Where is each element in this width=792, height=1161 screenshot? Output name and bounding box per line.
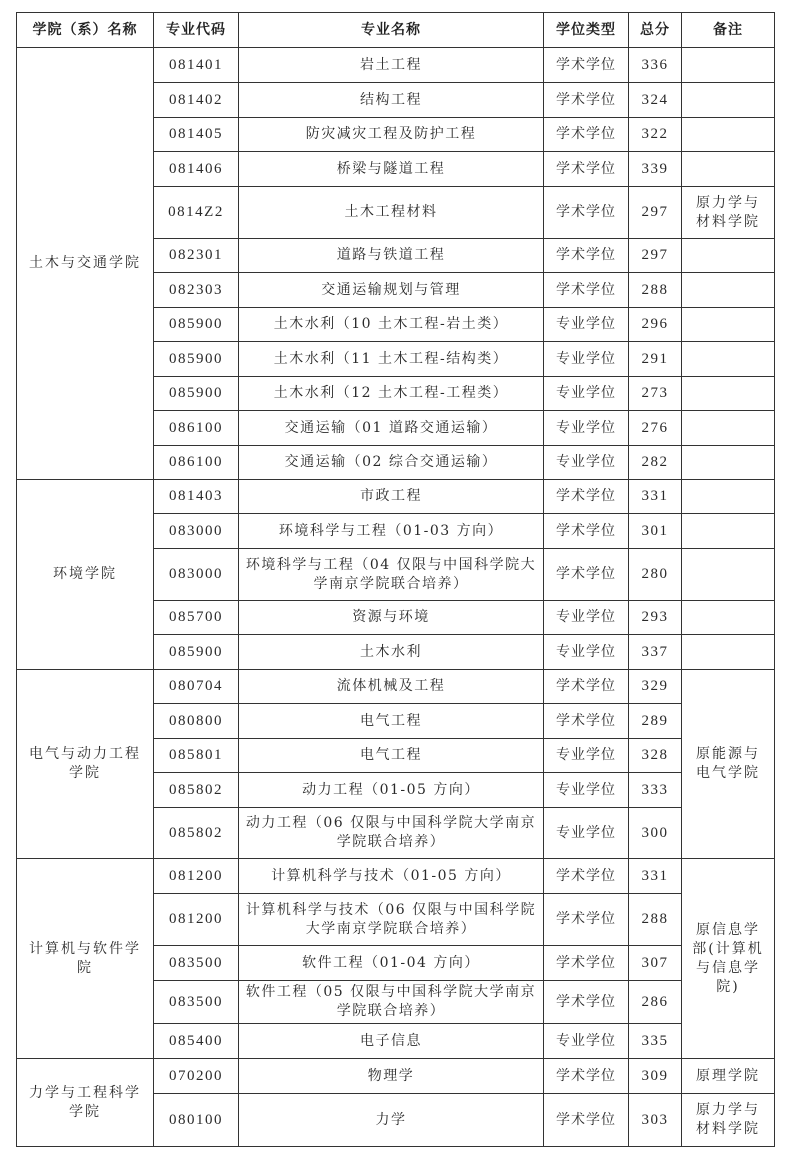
table-row: 力学与工程科学学院070200物理学学术学位309原理学院 (17, 1059, 775, 1094)
major-name-cell: 软件工程（05 仅限与中国科学院大学南京学院联合培养） (239, 981, 544, 1024)
note-cell (682, 601, 775, 635)
college-name-cell: 力学与工程科学学院 (17, 1059, 154, 1147)
note-cell (682, 118, 775, 152)
table-row: 环境学院081403市政工程学术学位331 (17, 480, 775, 514)
table-row: 电气与动力工程学院080704流体机械及工程学术学位329原能源与电气学院 (17, 670, 775, 704)
major-code-cell: 085700 (154, 601, 239, 635)
total-score-cell: 291 (629, 342, 682, 377)
degree-type-cell: 学术学位 (544, 1059, 629, 1094)
degree-type-cell: 学术学位 (544, 480, 629, 514)
major-code-cell: 082301 (154, 239, 239, 273)
degree-type-cell: 学术学位 (544, 48, 629, 83)
note-cell (682, 480, 775, 514)
total-score-cell: 273 (629, 377, 682, 411)
major-name-cell: 道路与铁道工程 (239, 239, 544, 273)
note-cell: 原信息学部(计算机与信息学院) (682, 859, 775, 1059)
degree-type-cell: 学术学位 (544, 239, 629, 273)
total-score-cell: 329 (629, 670, 682, 704)
degree-type-cell: 学术学位 (544, 83, 629, 118)
degree-type-cell: 学术学位 (544, 1094, 629, 1147)
total-score-cell: 337 (629, 635, 682, 670)
major-name-cell: 土木水利（10 土木工程-岩土类） (239, 308, 544, 342)
total-score-cell: 301 (629, 514, 682, 549)
major-code-cell: 085802 (154, 773, 239, 808)
total-score-cell: 300 (629, 808, 682, 859)
major-name-cell: 软件工程（01-04 方向） (239, 946, 544, 981)
degree-type-cell: 学术学位 (544, 946, 629, 981)
major-code-cell: 080800 (154, 704, 239, 739)
total-score-cell: 282 (629, 446, 682, 480)
note-cell: 原理学院 (682, 1059, 775, 1094)
major-name-cell: 防灾减灾工程及防护工程 (239, 118, 544, 152)
degree-type-cell: 专业学位 (544, 377, 629, 411)
major-code-cell: 081401 (154, 48, 239, 83)
degree-type-cell: 学术学位 (544, 981, 629, 1024)
degree-type-cell: 专业学位 (544, 411, 629, 446)
major-code-cell: 085801 (154, 739, 239, 773)
degree-type-cell: 学术学位 (544, 514, 629, 549)
major-name-cell: 市政工程 (239, 480, 544, 514)
total-score-cell: 303 (629, 1094, 682, 1147)
major-name-cell: 流体机械及工程 (239, 670, 544, 704)
major-code-cell: 086100 (154, 411, 239, 446)
header-note: 备注 (682, 13, 775, 48)
major-code-cell: 080704 (154, 670, 239, 704)
note-cell (682, 239, 775, 273)
major-code-cell: 086100 (154, 446, 239, 480)
college-name-cell: 环境学院 (17, 480, 154, 670)
major-code-cell: 085802 (154, 808, 239, 859)
major-code-cell: 081200 (154, 894, 239, 946)
major-name-cell: 环境科学与工程（04 仅限与中国科学院大学南京学院联合培养） (239, 549, 544, 601)
degree-type-cell: 专业学位 (544, 808, 629, 859)
total-score-cell: 335 (629, 1024, 682, 1059)
major-name-cell: 结构工程 (239, 83, 544, 118)
major-name-cell: 交通运输（02 综合交通运输） (239, 446, 544, 480)
major-name-cell: 交通运输规划与管理 (239, 273, 544, 308)
major-name-cell: 力学 (239, 1094, 544, 1147)
major-name-cell: 动力工程（06 仅限与中国科学院大学南京学院联合培养） (239, 808, 544, 859)
degree-type-cell: 学术学位 (544, 670, 629, 704)
major-code-cell: 085900 (154, 635, 239, 670)
degree-type-cell: 学术学位 (544, 152, 629, 187)
major-code-cell: 085900 (154, 377, 239, 411)
major-code-cell: 081406 (154, 152, 239, 187)
note-cell (682, 342, 775, 377)
total-score-cell: 297 (629, 187, 682, 239)
note-cell (682, 308, 775, 342)
degree-type-cell: 学术学位 (544, 549, 629, 601)
total-score-cell: 324 (629, 83, 682, 118)
degree-type-cell: 学术学位 (544, 704, 629, 739)
total-score-cell: 307 (629, 946, 682, 981)
total-score-cell: 288 (629, 894, 682, 946)
note-cell (682, 549, 775, 601)
major-code-cell: 083000 (154, 514, 239, 549)
major-code-cell: 082303 (154, 273, 239, 308)
degree-type-cell: 学术学位 (544, 118, 629, 152)
degree-type-cell: 专业学位 (544, 308, 629, 342)
degree-type-cell: 学术学位 (544, 894, 629, 946)
major-name-cell: 交通运输（01 道路交通运输） (239, 411, 544, 446)
total-score-cell: 322 (629, 118, 682, 152)
admission-score-table: 学院（系）名称 专业代码 专业名称 学位类型 总分 备注 土木与交通学院0814… (16, 12, 775, 1147)
college-name-cell: 计算机与软件学院 (17, 859, 154, 1059)
degree-type-cell: 专业学位 (544, 1024, 629, 1059)
major-name-cell: 土木工程材料 (239, 187, 544, 239)
note-cell (682, 514, 775, 549)
total-score-cell: 328 (629, 739, 682, 773)
degree-type-cell: 专业学位 (544, 635, 629, 670)
table-row: 计算机与软件学院081200计算机科学与技术（01-05 方向）学术学位331原… (17, 859, 775, 894)
major-code-cell: 081200 (154, 859, 239, 894)
header-major: 专业名称 (239, 13, 544, 48)
total-score-cell: 309 (629, 1059, 682, 1094)
major-code-cell: 083500 (154, 981, 239, 1024)
total-score-cell: 297 (629, 239, 682, 273)
major-name-cell: 计算机科学与技术（01-05 方向） (239, 859, 544, 894)
total-score-cell: 293 (629, 601, 682, 635)
total-score-cell: 276 (629, 411, 682, 446)
major-name-cell: 土木水利（11 土木工程-结构类） (239, 342, 544, 377)
major-code-cell: 085400 (154, 1024, 239, 1059)
total-score-cell: 296 (629, 308, 682, 342)
total-score-cell: 331 (629, 480, 682, 514)
note-cell (682, 48, 775, 83)
major-name-cell: 资源与环境 (239, 601, 544, 635)
major-name-cell: 土木水利（12 土木工程-工程类） (239, 377, 544, 411)
major-name-cell: 电气工程 (239, 704, 544, 739)
major-code-cell: 081402 (154, 83, 239, 118)
major-code-cell: 070200 (154, 1059, 239, 1094)
header-code: 专业代码 (154, 13, 239, 48)
note-cell (682, 446, 775, 480)
major-code-cell: 083500 (154, 946, 239, 981)
total-score-cell: 339 (629, 152, 682, 187)
major-code-cell: 085900 (154, 342, 239, 377)
table-row: 土木与交通学院081401岩土工程学术学位336 (17, 48, 775, 83)
total-score-cell: 288 (629, 273, 682, 308)
degree-type-cell: 专业学位 (544, 773, 629, 808)
degree-type-cell: 专业学位 (544, 739, 629, 773)
total-score-cell: 280 (629, 549, 682, 601)
major-code-cell: 085900 (154, 308, 239, 342)
major-code-cell: 081403 (154, 480, 239, 514)
major-name-cell: 动力工程（01-05 方向） (239, 773, 544, 808)
major-name-cell: 岩土工程 (239, 48, 544, 83)
total-score-cell: 289 (629, 704, 682, 739)
note-cell (682, 411, 775, 446)
major-name-cell: 环境科学与工程（01-03 方向） (239, 514, 544, 549)
note-cell (682, 273, 775, 308)
note-cell: 原力学与材料学院 (682, 187, 775, 239)
degree-type-cell: 学术学位 (544, 273, 629, 308)
major-code-cell: 081405 (154, 118, 239, 152)
major-name-cell: 物理学 (239, 1059, 544, 1094)
major-name-cell: 土木水利 (239, 635, 544, 670)
degree-type-cell: 专业学位 (544, 601, 629, 635)
total-score-cell: 286 (629, 981, 682, 1024)
degree-type-cell: 专业学位 (544, 342, 629, 377)
major-name-cell: 电气工程 (239, 739, 544, 773)
note-cell (682, 83, 775, 118)
major-code-cell: 0814Z2 (154, 187, 239, 239)
degree-type-cell: 学术学位 (544, 187, 629, 239)
note-cell (682, 377, 775, 411)
college-name-cell: 土木与交通学院 (17, 48, 154, 480)
header-score: 总分 (629, 13, 682, 48)
degree-type-cell: 学术学位 (544, 859, 629, 894)
total-score-cell: 331 (629, 859, 682, 894)
major-code-cell: 083000 (154, 549, 239, 601)
total-score-cell: 336 (629, 48, 682, 83)
note-cell: 原能源与电气学院 (682, 670, 775, 859)
note-cell (682, 152, 775, 187)
degree-type-cell: 专业学位 (544, 446, 629, 480)
major-name-cell: 电子信息 (239, 1024, 544, 1059)
total-score-cell: 333 (629, 773, 682, 808)
header-college: 学院（系）名称 (17, 13, 154, 48)
major-name-cell: 桥梁与隧道工程 (239, 152, 544, 187)
header-row: 学院（系）名称 专业代码 专业名称 学位类型 总分 备注 (17, 13, 775, 48)
note-cell (682, 635, 775, 670)
major-name-cell: 计算机科学与技术（06 仅限与中国科学院大学南京学院联合培养） (239, 894, 544, 946)
header-degree: 学位类型 (544, 13, 629, 48)
college-name-cell: 电气与动力工程学院 (17, 670, 154, 859)
note-cell: 原力学与材料学院 (682, 1094, 775, 1147)
major-code-cell: 080100 (154, 1094, 239, 1147)
